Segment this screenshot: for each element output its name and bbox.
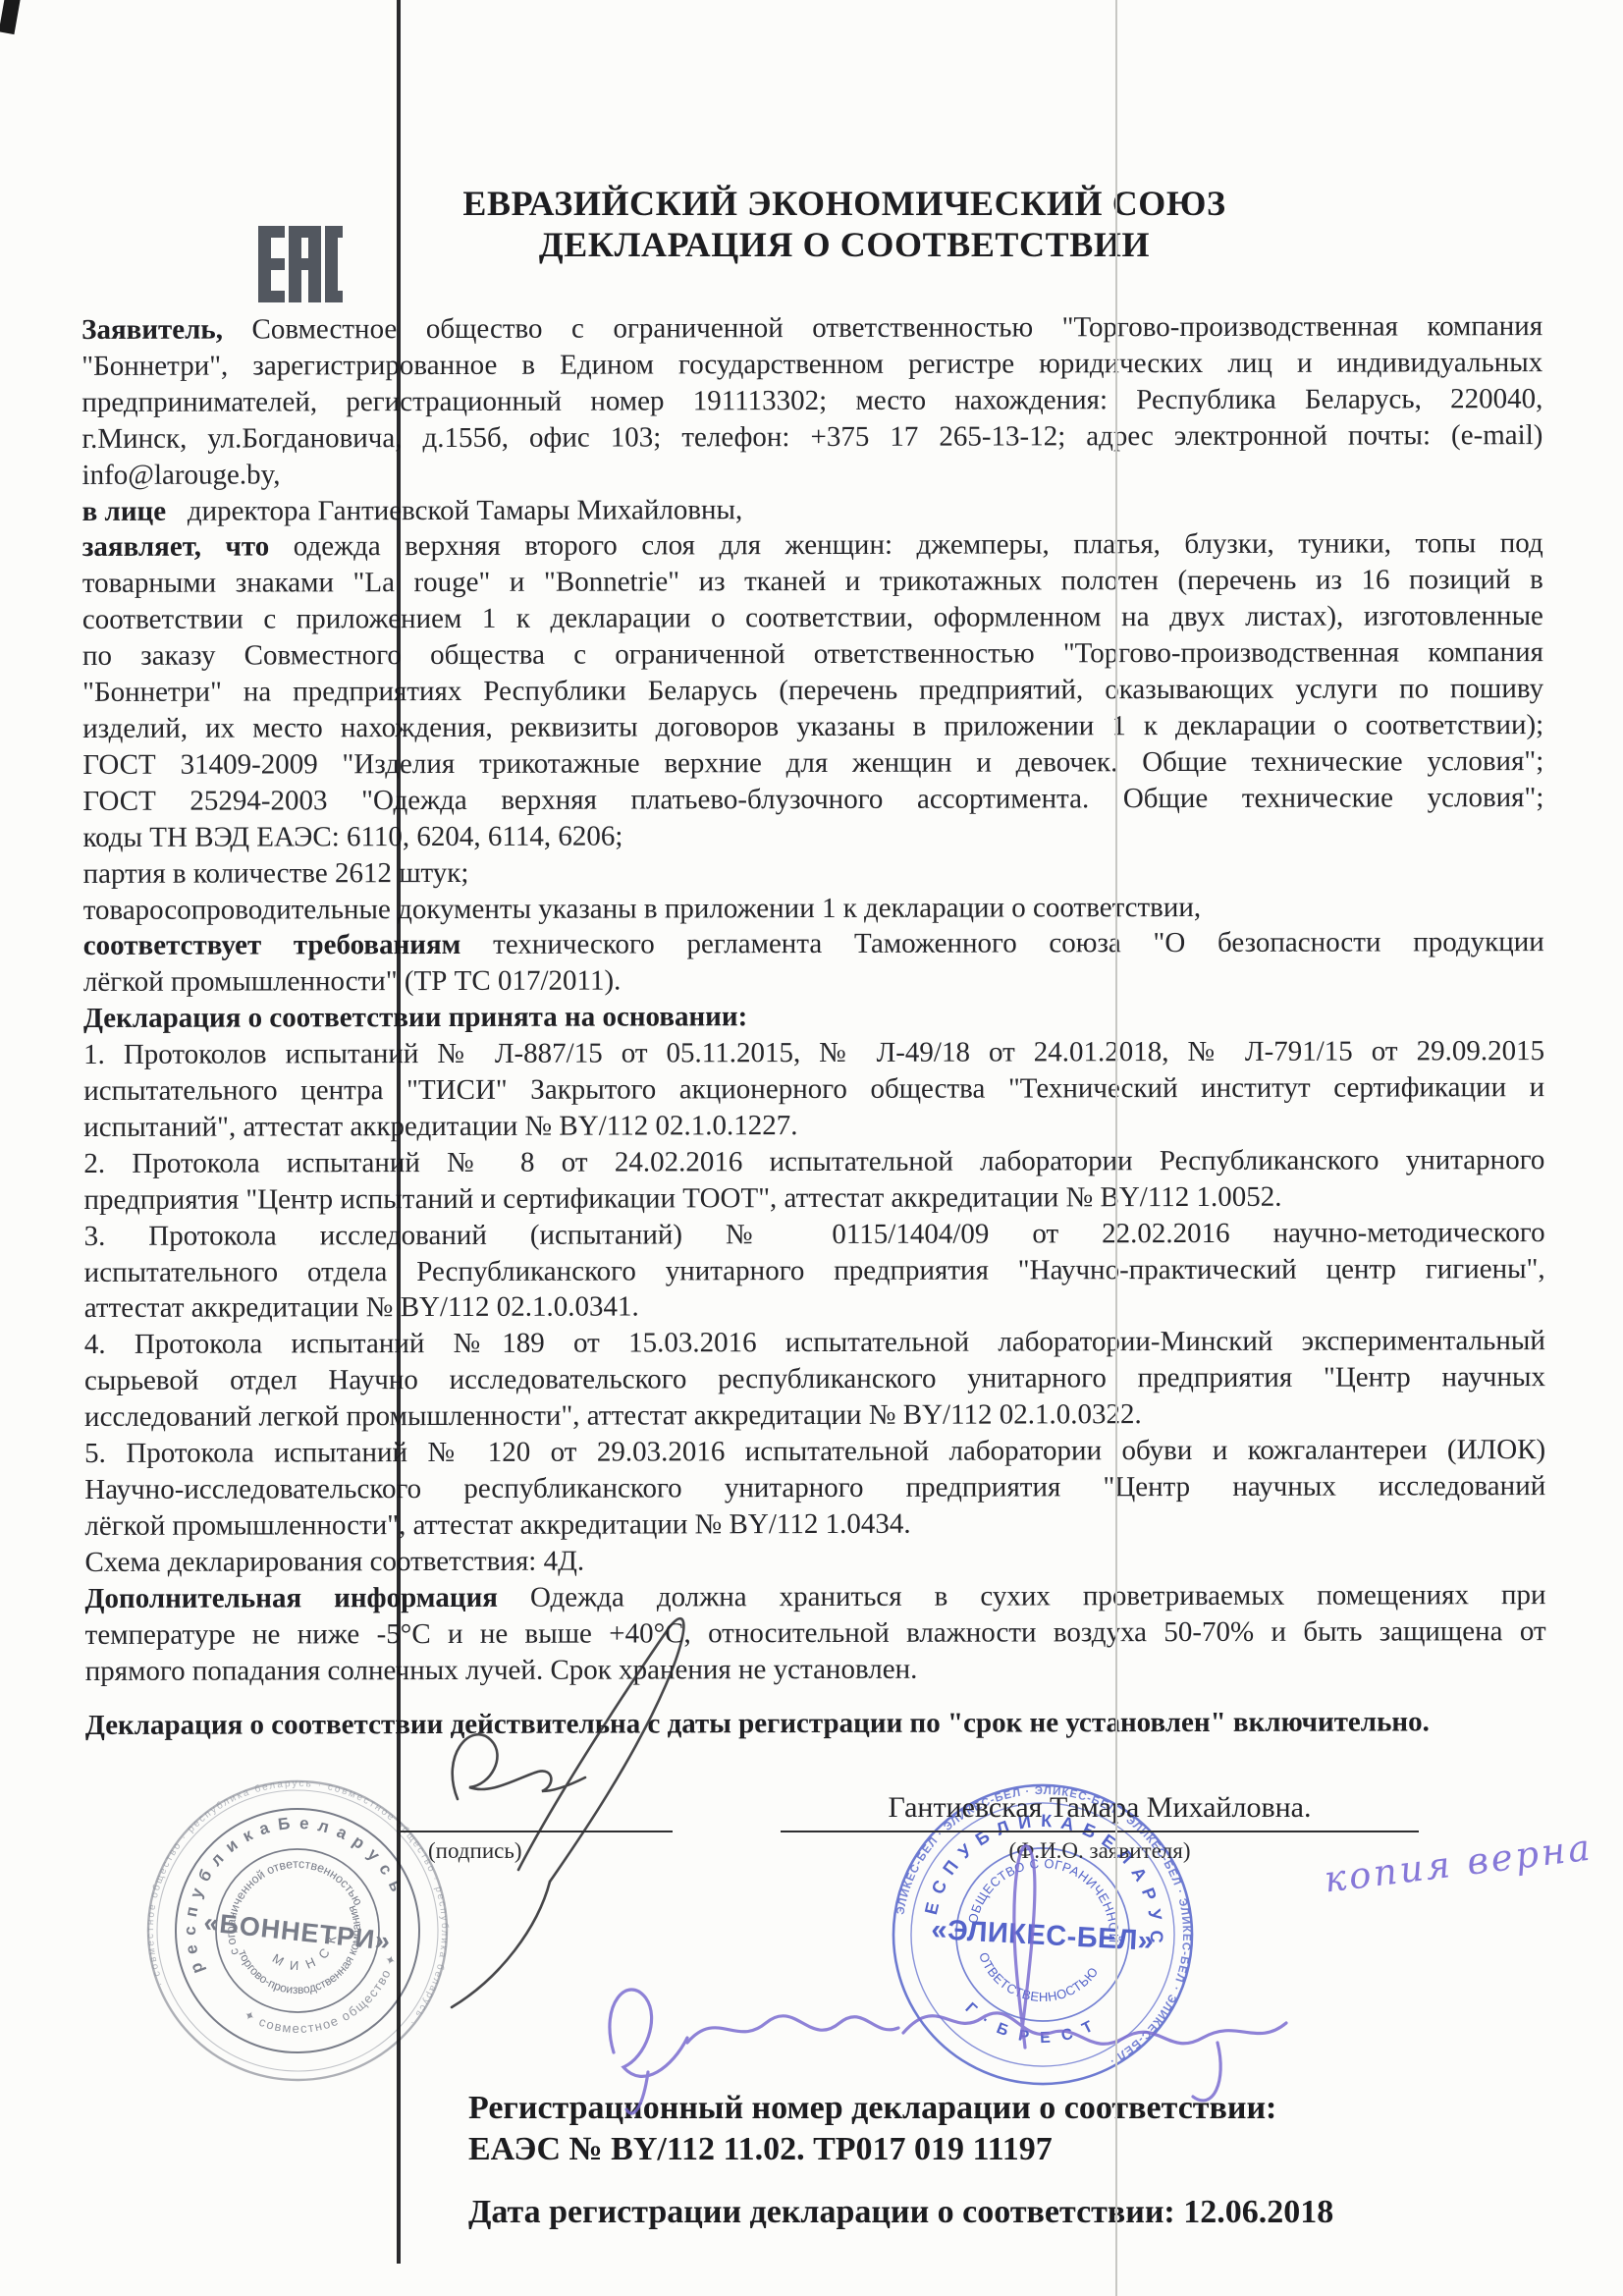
applicant-name: Гантиевская Тамара Михайловна.	[781, 1791, 1419, 1825]
body-line: испытательного центра "ТИСИ" Закрытого а…	[83, 1069, 1544, 1110]
body-line: изделий, их место нахождения, реквизиты …	[82, 707, 1543, 747]
eac-mark-icon: ЕАС	[258, 226, 343, 302]
body-line: Заявитель, Совместное общество с огранич…	[81, 308, 1542, 349]
body-line: 5. Протокола испытаний № 120 от 29.03.20…	[84, 1432, 1545, 1472]
body-line: партия в количестве 2612 штук;	[83, 852, 1544, 893]
body-line: испытательного отдела Республиканского у…	[84, 1251, 1545, 1291]
title-line-union: ЕВРАЗИЙСКИЙ ЭКОНОМИЧЕСКИЙ СОЮЗ	[403, 183, 1286, 224]
stamp-left-ring-bottom: ✦ совместное общество ✦	[238, 1947, 416, 2060]
body-line: Дополнительная информация Одежда должна …	[84, 1577, 1545, 1617]
scan-fold-line	[397, 0, 401, 2264]
body-line: Схема декларирования соответствия: 4Д.	[84, 1541, 1545, 1581]
body-line: товаросопроводительные документы указаны…	[83, 889, 1544, 929]
declaration-body-text: Заявитель, Совместное общество с огранич…	[81, 308, 1546, 1744]
body-line: по заказу Совместного общества с огранич…	[82, 634, 1543, 675]
body-line: 3. Протокола исследований (испытаний) № …	[84, 1215, 1545, 1255]
registration-date: Дата регистрации декларации о соответств…	[468, 2192, 1499, 2233]
body-line: соответствии с приложением 1 к деклараци…	[82, 598, 1543, 638]
body-line: Декларация о соответствии действительна …	[85, 1704, 1546, 1744]
body-line: Декларация о соответствии принята на осн…	[83, 997, 1544, 1037]
body-line: г.Минск, ул.Богдановича, д.155б, офис 10…	[81, 417, 1542, 458]
body-line: info@larouge.by,	[81, 454, 1542, 494]
body-line: коды ТН ВЭД ЕАЭС: 6110, 6204, 6114, 6206…	[82, 816, 1543, 856]
body-line: заявляет, что одежда верхняя второго сло…	[82, 525, 1543, 566]
body-line: предпринимателей, регистрационный номер …	[81, 381, 1542, 421]
title-line-declaration: ДЕКЛАРАЦИЯ О СООТВЕТСТВИИ	[403, 224, 1286, 265]
body-line: исследований легкой промышленности", атт…	[84, 1395, 1545, 1436]
body-line: предприятия "Центр испытаний и сертифика…	[83, 1178, 1544, 1219]
copy-true-handwriting: копия верна	[1322, 1826, 1595, 1900]
handwritten-signature-purple	[589, 1827, 1316, 2141]
body-line: лёгкой промышленности", аттестат аккреди…	[84, 1504, 1545, 1545]
scan-crease-line	[1115, 0, 1117, 2296]
body-line: сырьевой отдел Научно исследовательского…	[84, 1359, 1545, 1399]
body-line: испытаний", аттестат аккредитации № BY/1…	[83, 1106, 1544, 1146]
body-line: соответствует требованиям технического р…	[83, 924, 1544, 964]
body-line: прямого попадания солнечных лучей. Срок …	[85, 1650, 1546, 1690]
body-line: 2. Протокола испытаний № 8 от 24.02.2016…	[83, 1142, 1544, 1182]
body-line: "Боннетри" на предприятиях Республики Бе…	[82, 671, 1543, 711]
body-line: товарными знаками "La rouge" и "Bonnetri…	[82, 562, 1543, 602]
body-line: лёгкой промышленности" (ТР ТС 017/2011).	[83, 960, 1544, 1001]
body-line: Научно-исследовательского республиканско…	[84, 1468, 1545, 1508]
body-line: "Боннетри", зарегистрированное в Едином …	[81, 345, 1542, 385]
scan-corner-artifact	[0, 0, 21, 34]
document-page: ЕАС ЕВРАЗИЙСКИЙ ЭКОНОМИЧЕСКИЙ СОЮЗ ДЕКЛА…	[0, 0, 1623, 2296]
body-line: ГОСТ 31409-2009 "Изделия трикотажные вер…	[82, 743, 1543, 784]
body-line: в лице директора Гантиевской Тамары Миха…	[82, 490, 1543, 530]
document-title: ЕВРАЗИЙСКИЙ ЭКОНОМИЧЕСКИЙ СОЮЗ ДЕКЛАРАЦИ…	[403, 183, 1286, 265]
body-line: 4. Протокола испытаний №189 от 15.03.201…	[84, 1323, 1545, 1363]
body-line: аттестат аккредитации № BY/112 02.1.0.03…	[84, 1287, 1545, 1328]
body-line: температуре не ниже -5°С и не выше +40°С…	[85, 1613, 1546, 1654]
body-line: ГОСТ 25294-2003 "Одежда верхняя платьево…	[82, 780, 1543, 820]
body-line: 1. Протоколов испытаний № Л-887/15 от 05…	[83, 1033, 1544, 1073]
svg-text:✦ совместное общество ✦: ✦ совместное общество ✦	[238, 1947, 416, 2060]
